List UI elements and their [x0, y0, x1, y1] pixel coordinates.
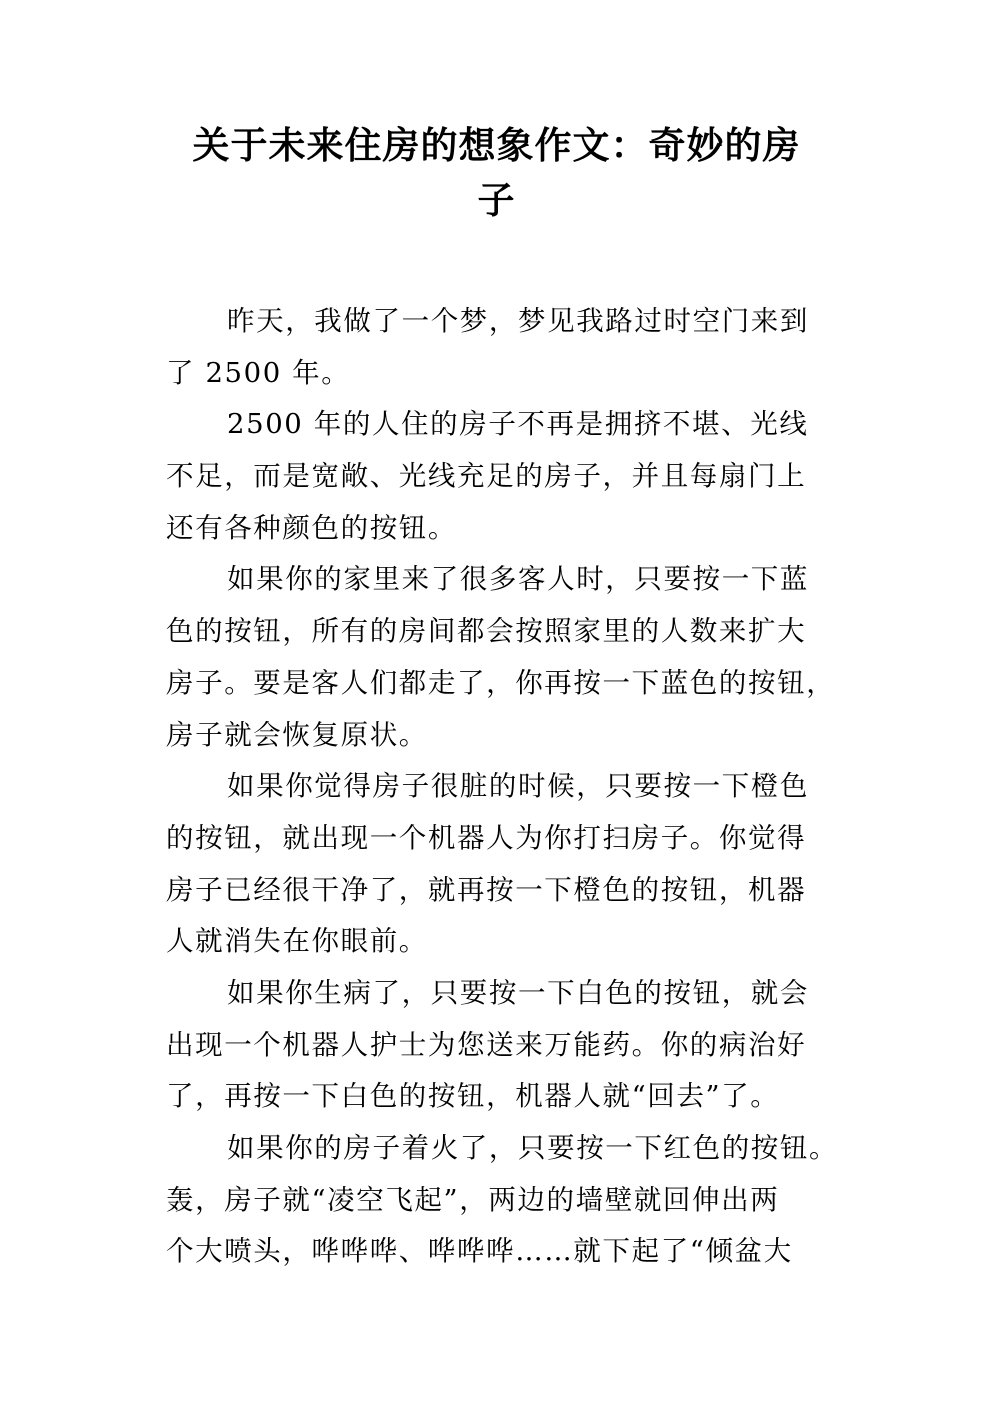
text-line: 房子已经很干净了，就再按一下橙色的按钮，机器 — [166, 865, 846, 917]
text-line: 了 2500 年。 — [166, 348, 846, 400]
text-line: 还有各种颜色的按钮。 — [166, 503, 846, 555]
text-line: 房子就会恢复原状。 — [166, 710, 846, 762]
text-line: 轰，房子就“凌空飞起”，两边的墙壁就回伸出两 — [166, 1175, 846, 1227]
text-line: 2500 年的人住的房子不再是拥挤不堪、光线 — [166, 399, 846, 451]
text-line: 如果你生病了，只要按一下白色的按钮，就会 — [166, 968, 846, 1020]
document-title: 关于未来住房的想象作文：奇妙的房 子 — [160, 118, 833, 228]
text-line: 如果你觉得房子很脏的时候，只要按一下橙色 — [166, 761, 846, 813]
text-line: 色的按钮，所有的房间都会按照家里的人数来扩大 — [166, 606, 846, 658]
title-line-2: 子 — [160, 173, 833, 228]
text-line: 如果你的家里来了很多客人时，只要按一下蓝 — [166, 554, 846, 606]
paragraph-3: 如果你的家里来了很多客人时，只要按一下蓝 色的按钮，所有的房间都会按照家里的人数… — [166, 554, 846, 761]
text-line: 出现一个机器人护士为您送来万能药。你的病治好 — [166, 1020, 846, 1072]
paragraph-6: 如果你的房子着火了，只要按一下红色的按钮。 轰，房子就“凌空飞起”，两边的墙壁就… — [166, 1123, 846, 1278]
text-line: 的按钮，就出现一个机器人为你打扫房子。你觉得 — [166, 813, 846, 865]
title-line-1: 关于未来住房的想象作文：奇妙的房 — [160, 118, 833, 173]
text-line: 人就消失在你眼前。 — [166, 916, 846, 968]
text-line: 个大喷头，哗哗哗、哗哗哗……就下起了“倾盆大 — [166, 1226, 846, 1278]
paragraph-2: 2500 年的人住的房子不再是拥挤不堪、光线 不足，而是宽敞、光线充足的房子，并… — [166, 399, 846, 554]
paragraph-5: 如果你生病了，只要按一下白色的按钮，就会 出现一个机器人护士为您送来万能药。你的… — [166, 968, 846, 1123]
text-line: 了，再按一下白色的按钮，机器人就“回去”了。 — [166, 1071, 846, 1123]
paragraph-4: 如果你觉得房子很脏的时候，只要按一下橙色 的按钮，就出现一个机器人为你打扫房子。… — [166, 761, 846, 968]
text-line: 如果你的房子着火了，只要按一下红色的按钮。 — [166, 1123, 846, 1175]
paragraph-1: 昨天，我做了一个梦，梦见我路过时空门来到 了 2500 年。 — [166, 296, 846, 399]
text-line: 昨天，我做了一个梦，梦见我路过时空门来到 — [166, 296, 846, 348]
document-body: 昨天，我做了一个梦，梦见我路过时空门来到 了 2500 年。 2500 年的人住… — [166, 296, 846, 1278]
text-line: 房子。要是客人们都走了，你再按一下蓝色的按钮， — [166, 658, 846, 710]
text-line: 不足，而是宽敞、光线充足的房子，并且每扇门上 — [166, 451, 846, 503]
document-page: 关于未来住房的想象作文：奇妙的房 子 昨天，我做了一个梦，梦见我路过时空门来到 … — [0, 0, 993, 1404]
